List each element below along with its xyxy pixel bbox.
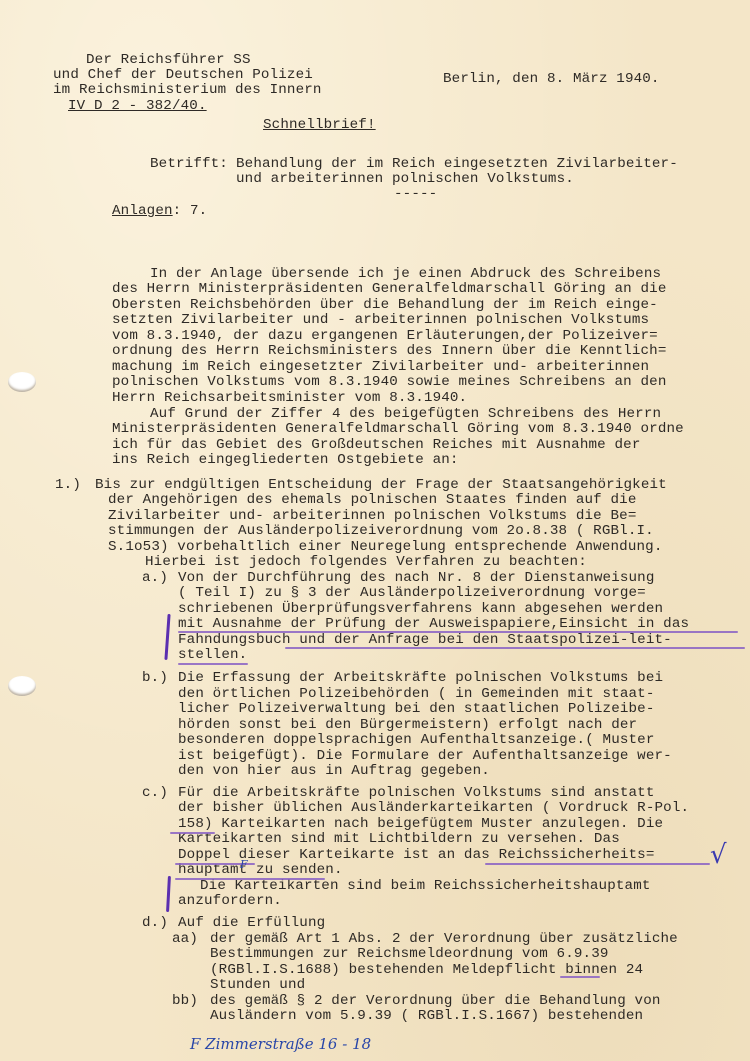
intro-line: setzten Zivilarbeiter und - arbeiterinne… — [112, 312, 649, 328]
letterhead-line-3: im Reichsministerium des Innern — [53, 82, 322, 98]
intro-line: In der Anlage übersende ich je einen Abd… — [150, 266, 661, 282]
item-line: anzufordern. — [178, 893, 282, 909]
underline-mark — [170, 832, 215, 834]
intro-line: ins Reich eingegliederten Ostgebiete an: — [112, 452, 459, 468]
item-line: 158) Karteikarten nach beigefügtem Muste… — [178, 816, 663, 832]
item-line: Von der Durchführung des nach Nr. 8 der … — [178, 570, 655, 586]
attachments: Anlagen: 7. — [112, 203, 207, 219]
item-label: c.) — [142, 785, 168, 801]
item-line: den örtlichen Polizeibehörden ( in Gemei… — [178, 686, 655, 702]
item-line: Fahndungsbuch und der Anfrage bei den St… — [178, 632, 672, 648]
item-line: schriebenen Überprüfungsverfahrens kann … — [178, 601, 663, 617]
item-line: mit Ausnahme der Prüfung der Ausweispapi… — [178, 616, 689, 632]
intro-line: ordnung des Herrn Reichsministers des In… — [112, 343, 667, 359]
item-line: stellen. — [178, 647, 247, 663]
subitem-line: des gemäß § 2 der Verordnung über die Be… — [210, 993, 661, 1009]
subject-label: Betrifft: — [150, 156, 228, 172]
section-number: 1.) — [55, 477, 81, 493]
item-line: Die Karteikarten sind beim Reichssicherh… — [200, 878, 651, 894]
urgency-label: Schnellbrief! — [263, 117, 376, 133]
intro-line: polnischen Volkstums vom 8.3.1940 sowie … — [112, 374, 667, 390]
item-line: besonderen doppelsprachigen Aufenthaltsa… — [178, 732, 655, 748]
intro-line: machung im Reich eingesetzter Zivilarbei… — [112, 359, 649, 375]
subitem-label: aa) — [172, 931, 198, 947]
attachments-label: Anlagen — [112, 203, 173, 219]
section-line: Hierbei ist jedoch folgendes Verfahren z… — [145, 554, 587, 570]
section-line: S.1o53) vorbehaltlich einer Neuregelung … — [108, 539, 663, 555]
margin-check-mark: √ — [710, 840, 727, 870]
item-line: Die Erfassung der Arbeitskräfte polnisch… — [178, 670, 663, 686]
underline-mark — [485, 863, 710, 865]
item-line: Für die Arbeitskräfte polnischen Volkstu… — [178, 785, 655, 801]
underline-mark — [178, 631, 738, 633]
intro-line: des Herrn Ministerpräsidenten Generalfel… — [112, 281, 667, 297]
intro-line: Obersten Reichsbehörden über die Behandl… — [112, 297, 658, 313]
reference-number: IV D 2 - 382/40. — [68, 98, 207, 114]
section-line: stimmungen der Ausländerpolizeiverordnun… — [108, 523, 654, 539]
item-line: hörden sonst bei den Bürgermeistern) erf… — [178, 717, 637, 733]
subitem-line: Ausländern vom 5.9.39 ( RGBl.I.S.1667) b… — [210, 1008, 643, 1024]
subitem-line: der gemäß Art 1 Abs. 2 der Verordnung üb… — [210, 931, 678, 947]
intro-line: Ministerpräsidenten Generalfeldmarschall… — [112, 421, 684, 437]
handwritten-address: F Zimmerstraße 16 - 18 — [190, 1035, 371, 1053]
intro-line: Herrn Reichsarbeitsminister vom 8.3.1940… — [112, 390, 467, 406]
subject-line-2: und arbeiterinnen polnischen Volkstums. — [236, 171, 574, 187]
subject-separator: ----- — [394, 186, 437, 202]
punch-hole-bottom — [8, 676, 36, 696]
item-line: Auf die Erfüllung — [178, 915, 325, 931]
letterhead-line-2: und Chef der Deutschen Polizei — [53, 67, 313, 83]
section-line: Bis zur endgültigen Entscheidung der Fra… — [95, 477, 667, 493]
item-line: der bisher üblichen Ausländerkarteikarte… — [178, 800, 689, 816]
underline-mark — [285, 647, 745, 649]
subitem-line: Bestimmungen zur Reichsmeldeordnung vom … — [210, 946, 609, 962]
subject-line-1: Behandlung der im Reich eingesetzten Ziv… — [236, 156, 678, 172]
item-label: d.) — [142, 915, 168, 931]
item-line: Doppel dieser Karteikarte ist an das Rei… — [178, 847, 655, 863]
insert-mark: F — [240, 858, 248, 871]
item-line: ( Teil I) zu § 3 der Ausländerpolizeiver… — [178, 585, 646, 601]
punch-hole-top — [8, 372, 36, 392]
underline-mark — [178, 663, 248, 665]
item-label: b.) — [142, 670, 168, 686]
item-line: ist beigefügt). Die Formulare der Aufent… — [178, 748, 672, 764]
underline-mark — [560, 976, 600, 978]
intro-line: vom 8.3.1940, der dazu ergangenen Erläut… — [112, 328, 658, 344]
section-line: der Angehörigen des ehemals polnischen S… — [108, 492, 637, 508]
item-line: Karteikarten sind mit Lichtbildern zu ve… — [178, 831, 620, 847]
intro-line: Auf Grund der Ziffer 4 des beigefügten S… — [150, 406, 661, 422]
subitem-line: Stunden und — [210, 977, 305, 993]
letterhead-line-1: Der Reichsführer SS — [86, 52, 251, 68]
attachments-value: : 7. — [173, 203, 208, 219]
item-line: licher Polizeiverwaltung bei den staatli… — [178, 701, 655, 717]
intro-line: ich für das Gebiet des Großdeutschen Rei… — [112, 437, 641, 453]
subitem-label: bb) — [172, 993, 198, 1009]
underline-mark — [175, 878, 325, 880]
section-line: Zivilarbeiter und- arbeiterinnen polnisc… — [108, 508, 637, 524]
place-date: Berlin, den 8. März 1940. — [443, 71, 660, 87]
item-label: a.) — [142, 570, 168, 586]
item-line: den von hier aus in Auftrag gegeben. — [178, 763, 490, 779]
